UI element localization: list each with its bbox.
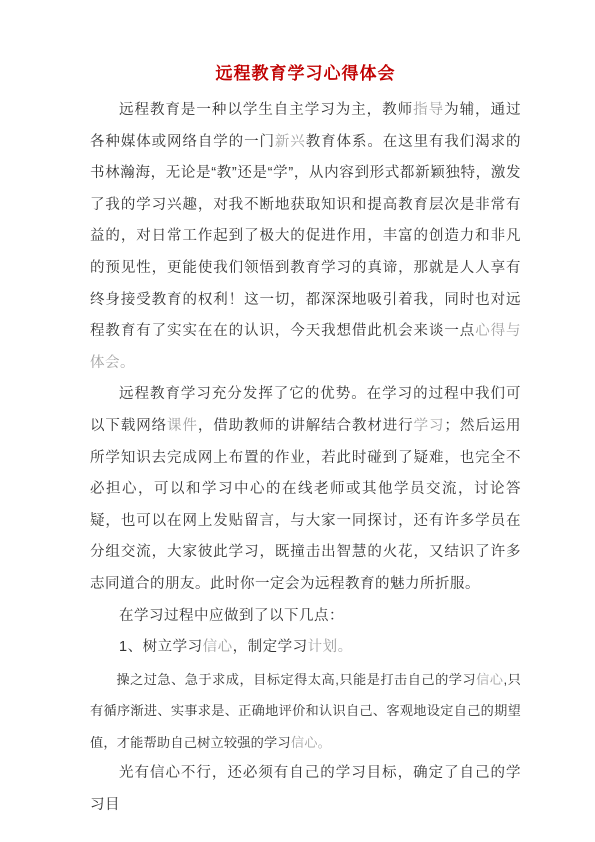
body-text: 操之过急、急于求成，目标定得太高,只能是打击自己的学习 (116, 672, 476, 687)
body-text: ，借助教师的讲解结合教材进行 (198, 418, 414, 434)
body-text: 光有信心不行，还必须有自己的学习目标，确定了自己的学习目 (90, 765, 521, 813)
muted-text: 信心。 (291, 735, 331, 750)
muted-text: 新兴 (275, 134, 306, 150)
document-page: 远程教育学习心得体会 远程教育是一种以学生自主学习为主，教师指导为辅，通过各种媒… (0, 0, 595, 842)
muted-text: 计划。 (308, 639, 353, 655)
body-text: 远程教育是一种以学生自主学习为主，教师 (119, 102, 413, 118)
body-text: ；然后运用所学知识去完成网上布置的作业，若此时碰到了疑难，也完全不必担心，可以和… (90, 418, 521, 592)
paragraph: 光有信心不行，还必须有自己的学习目标，确定了自己的学习目 (90, 758, 521, 821)
muted-text: 信心 (203, 639, 233, 655)
document-body: 远程教育是一种以学生自主学习为主，教师指导为辅，通过各种媒体或网络自学的一门新兴… (90, 95, 521, 822)
body-text: ，制定学习 (233, 639, 308, 655)
paragraph: 1、树立学习信心，制定学习计划。 (90, 632, 521, 664)
paragraph: 在学习过程中应做到了以下几点： (90, 601, 521, 633)
body-text: 1、树立学习 (119, 639, 203, 655)
muted-text: 学习 (414, 418, 445, 434)
body-text: 在学习过程中应做到了以下几点： (119, 608, 344, 624)
muted-text: 课件 (167, 418, 198, 434)
muted-text: 信心 (476, 672, 503, 687)
paragraph: 操之过急、急于求成，目标定得太高,只能是打击自己的学习信心,只有循序渐进、实事求… (90, 664, 521, 759)
paragraph: 远程教育学习充分发挥了它的优势。在学习的过程中我们可以下载网络课件，借助教师的讲… (90, 379, 521, 600)
body-text: 教育体系。在这里有我们渴求的书林瀚海，无论是“教”还是“学”，从内容到形式都新颖… (90, 134, 521, 340)
document-title: 远程教育学习心得体会 (90, 62, 521, 86)
muted-text: 指导 (413, 102, 444, 118)
paragraph: 远程教育是一种以学生自主学习为主，教师指导为辅，通过各种媒体或网络自学的一门新兴… (90, 95, 521, 379)
